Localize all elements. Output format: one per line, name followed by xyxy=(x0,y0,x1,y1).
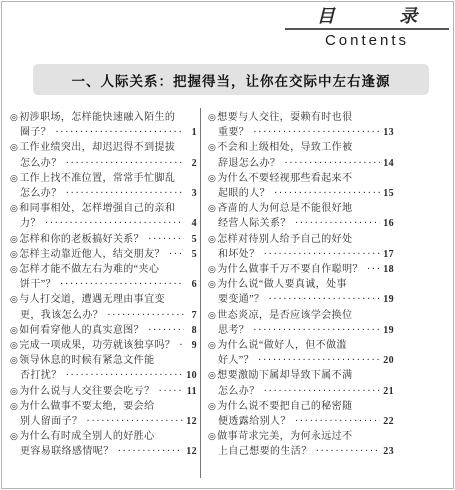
entry-text: 要变通”？ xyxy=(218,292,264,307)
entry-text: 怎么办？ xyxy=(20,186,62,201)
entry-text: 上自己想要的生活？ xyxy=(218,444,312,459)
dot-leader xyxy=(268,292,380,307)
page-number: 15 xyxy=(383,186,394,201)
page-number: 12 xyxy=(186,444,197,459)
entry-text: ◎不会和上级相处，导致工作被 xyxy=(208,142,352,153)
entry-bullet-icon: ◎ xyxy=(10,340,18,350)
entry-text: 更，我该怎么办？ xyxy=(20,308,103,323)
page-number: 8 xyxy=(187,323,197,338)
entry-bullet-icon: ◎ xyxy=(10,325,18,335)
toc-entry: ◎吝啬的人为何总是不能很好地经营人际关系？16 xyxy=(208,201,394,231)
toc-column-left: ◎初涉职场，怎样能快速融入陌生的圈子？1◎工作业绩突出，却迟迟得不到提拔怎么办？… xyxy=(10,110,197,460)
entry-bullet-icon: ◎ xyxy=(10,264,18,274)
entry-text: 否打扰？ xyxy=(20,368,62,383)
entry-bullet-icon: ◎ xyxy=(10,386,18,396)
dot-leader xyxy=(169,247,184,262)
toc-entry: ◎为什么做事千万不要自作聪明？18 xyxy=(208,262,394,277)
dot-leader xyxy=(253,125,380,140)
toc-entry: ◎如何看穿他人的真实意图？8 xyxy=(10,323,197,338)
toc-entry: ◎为什么说“做好人，但不做滥好人”？20 xyxy=(208,338,394,368)
entry-text: ◎为什么说“做好人，但不做滥 xyxy=(208,340,347,351)
toc-entry: ◎为什么说“做人要真诚，处事要变通”？19 xyxy=(208,277,394,307)
page-number: 4 xyxy=(187,216,197,231)
dot-leader xyxy=(264,384,381,399)
entry-bullet-icon: ◎ xyxy=(208,431,216,441)
page-number: 19 xyxy=(383,292,394,307)
toc-entry: ◎想要与人交往，耍赖有时也很重要？13 xyxy=(208,110,394,140)
dot-leader xyxy=(45,216,184,231)
entry-bullet-icon: ◎ xyxy=(208,279,216,289)
page-number: 21 xyxy=(383,384,394,399)
dot-leader xyxy=(158,384,183,399)
page-number: 13 xyxy=(383,125,394,140)
entry-bullet-icon: ◎ xyxy=(10,249,18,259)
toc-title-chinese: 目 录 xyxy=(285,6,449,30)
section-banner: 一、人际关系：把握得当，让你在交际中左右逢源 xyxy=(33,64,429,95)
toc-entry: ◎工作上找不准位置，常常手忙脚乱怎么办？3 xyxy=(10,171,197,201)
toc-entry: ◎领导休息的时候有紧急文件能否打扰？10 xyxy=(10,353,197,383)
entry-text: 便透露给别人？ xyxy=(218,414,291,429)
page-number: 3 xyxy=(187,186,197,201)
page-number: 12 xyxy=(186,414,197,429)
dot-leader xyxy=(253,323,380,338)
entry-text: ◎怎样对待别人给予自己的好处 xyxy=(208,234,352,245)
toc-entry: ◎为什么说与人交往要会吃亏？11 xyxy=(10,384,197,399)
page-number: 2 xyxy=(187,156,197,171)
entry-bullet-icon: ◎ xyxy=(10,173,18,183)
entry-text: ◎怎样主动靠近他人，结交朋友？ xyxy=(10,247,165,262)
entry-bullet-icon: ◎ xyxy=(208,112,216,122)
entry-text: ◎为什么有时成全别人的好胜心 xyxy=(10,431,154,442)
dot-leader xyxy=(118,444,184,459)
entry-text: ◎怎样和你的老板搞好关系？ xyxy=(10,232,144,247)
toc-entry: ◎怎样对待别人给予自己的好处和坏处？17 xyxy=(208,232,394,262)
page-number: 16 xyxy=(383,216,394,231)
entry-bullet-icon: ◎ xyxy=(208,340,216,350)
entry-text: ◎完成一项成果，功劳就该独享吗？ xyxy=(10,338,175,353)
entry-bullet-icon: ◎ xyxy=(10,294,18,304)
entry-text: 辞退怎么办？ xyxy=(218,156,280,171)
toc-entry: ◎怎样和你的老板搞好关系？5 xyxy=(10,232,197,247)
entry-bullet-icon: ◎ xyxy=(208,173,216,183)
entry-text: 圈子？ xyxy=(20,125,51,140)
entry-text: ◎为什么说与人交往要会吃亏？ xyxy=(10,384,154,399)
page-number: 19 xyxy=(383,323,394,338)
dot-leader xyxy=(274,186,380,201)
toc-header: 目 录 Contents xyxy=(285,6,449,49)
entry-text: ◎初涉职场，怎样能快速融入陌生的 xyxy=(10,112,175,123)
entry-bullet-icon: ◎ xyxy=(208,234,216,244)
entry-text: 怎么办？ xyxy=(218,384,260,399)
toc-entry: ◎工作业绩突出，却迟迟得不到提拔怎么办？2 xyxy=(10,140,197,170)
page-number: 10 xyxy=(186,368,197,383)
entry-bullet-icon: ◎ xyxy=(208,264,216,274)
entry-text: ◎世态炎凉，是否应该学会换位 xyxy=(208,310,352,321)
entry-text: 经营人际关系？ xyxy=(218,216,291,231)
entry-bullet-icon: ◎ xyxy=(10,401,18,411)
entry-text: ◎为什么说不要把自己的秘密随 xyxy=(208,401,352,412)
entry-bullet-icon: ◎ xyxy=(10,142,18,152)
dot-leader xyxy=(179,338,184,353)
toc-entry: ◎为什么不要轻视那些看起来不起眼的人？15 xyxy=(208,171,394,201)
page-number: 23 xyxy=(383,444,394,459)
toc-entry: ◎与人打交道，遭遇无理由事宜变更，我该怎么办？7 xyxy=(10,292,197,322)
entry-bullet-icon: ◎ xyxy=(208,203,216,213)
dot-leader xyxy=(295,414,380,429)
entry-text: ◎和同事相处，怎样增强自己的亲和 xyxy=(10,203,175,214)
entry-text: ◎与人打交道，遭遇无理由事宜变 xyxy=(10,294,165,305)
toc-entry: ◎怎样才能不做左右为难的“夹心饼干”？6 xyxy=(10,262,197,292)
dot-leader xyxy=(148,232,184,247)
entry-bullet-icon: ◎ xyxy=(208,370,216,380)
entry-bullet-icon: ◎ xyxy=(10,234,18,244)
dot-leader xyxy=(264,247,381,262)
toc-entry: ◎和同事相处，怎样增强自己的亲和力？4 xyxy=(10,201,197,231)
page-number: 6 xyxy=(187,277,197,292)
toc-entry: ◎为什么说不要把自己的秘密随便透露给别人？22 xyxy=(208,399,394,429)
page-number: 20 xyxy=(383,353,394,368)
page-number: 5 xyxy=(187,247,197,262)
page-number: 5 xyxy=(187,232,197,247)
dot-leader xyxy=(86,414,183,429)
page-number: 14 xyxy=(383,156,394,171)
entry-text: 更容易联络感情呢？ xyxy=(20,444,114,459)
dot-leader xyxy=(66,186,184,201)
page-number: 9 xyxy=(187,338,197,353)
entry-text: 好人”？ xyxy=(218,353,254,368)
section-title: 一、人际关系：把握得当，让你在交际中左右逢源 xyxy=(72,70,391,90)
entry-text: ◎如何看穿他人的真实意图？ xyxy=(10,323,144,338)
dot-leader xyxy=(367,262,380,277)
dot-leader xyxy=(316,444,381,459)
page-number: 22 xyxy=(383,414,394,429)
entry-text: ◎为什么做事千万不要自作聪明？ xyxy=(208,262,363,277)
dot-leader xyxy=(258,353,380,368)
dot-leader xyxy=(60,277,184,292)
toc-entry: ◎想要激励下属却导致下属不满怎么办？21 xyxy=(208,368,394,398)
toc-entry: ◎为什么做事不要太绝，要会给别人留面子？12 xyxy=(10,399,197,429)
entry-text: 饼干”？ xyxy=(20,277,56,292)
entry-text: ◎为什么说“做人要真诚，处事 xyxy=(208,279,347,290)
toc-entry: ◎做事苛求完美，为何永远过不上自己想要的生活？23 xyxy=(208,429,394,459)
toc-entry: ◎世态炎凉，是否应该学会换位思考？19 xyxy=(208,308,394,338)
entry-bullet-icon: ◎ xyxy=(10,431,18,441)
entry-text: ◎工作上找不准位置，常常手忙脚乱 xyxy=(10,173,175,184)
page-number: 17 xyxy=(383,247,394,262)
toc-entry: ◎不会和上级相处，导致工作被辞退怎么办？14 xyxy=(208,140,394,170)
toc-column-right: ◎想要与人交往，耍赖有时也很重要？13◎不会和上级相处，导致工作被辞退怎么办？1… xyxy=(208,110,394,460)
entry-text: 和坏处？ xyxy=(218,247,260,262)
entry-text: 思考？ xyxy=(218,323,249,338)
page-number: 18 xyxy=(383,262,394,277)
dot-leader xyxy=(55,125,184,140)
entry-bullet-icon: ◎ xyxy=(10,355,18,365)
toc-entry: ◎完成一项成果，功劳就该独享吗？9 xyxy=(10,338,197,353)
dot-leader xyxy=(295,216,380,231)
entry-text: 力？ xyxy=(20,216,41,231)
entry-text: ◎想要与人交往，耍赖有时也很 xyxy=(208,112,352,123)
toc-entry: ◎初涉职场，怎样能快速融入陌生的圈子？1 xyxy=(10,110,197,140)
entry-bullet-icon: ◎ xyxy=(208,310,216,320)
entry-text: ◎想要激励下属却导致下属不满 xyxy=(208,370,352,381)
dot-leader xyxy=(66,368,184,383)
entry-bullet-icon: ◎ xyxy=(208,142,216,152)
page-number: 11 xyxy=(187,384,197,399)
dot-leader xyxy=(284,156,380,171)
entry-text: ◎怎样才能不做左右为难的“夹心 xyxy=(10,264,159,275)
toc-entry: ◎为什么有时成全别人的好胜心更容易联络感情呢？12 xyxy=(10,429,197,459)
entry-text: 起眼的人？ xyxy=(218,186,270,201)
entry-text: 别人留面子？ xyxy=(20,414,82,429)
entry-text: ◎工作业绩突出，却迟迟得不到提拔 xyxy=(10,142,175,153)
entry-text: 怎么办？ xyxy=(20,156,62,171)
column-divider xyxy=(200,108,201,478)
toc-title-english: Contents xyxy=(285,32,449,49)
entry-text: ◎领导休息的时候有紧急文件能 xyxy=(10,355,154,366)
entry-bullet-icon: ◎ xyxy=(10,112,18,122)
entry-bullet-icon: ◎ xyxy=(10,203,18,213)
entry-text: ◎吝啬的人为何总是不能很好地 xyxy=(208,203,352,214)
dot-leader xyxy=(107,308,184,323)
dot-leader xyxy=(66,156,184,171)
toc-entry: ◎怎样主动靠近他人，结交朋友？5 xyxy=(10,247,197,262)
entry-text: ◎做事苛求完美，为何永远过不 xyxy=(208,431,352,442)
dot-leader xyxy=(148,323,184,338)
entry-text: ◎为什么不要轻视那些看起来不 xyxy=(208,173,352,184)
entry-text: 重要？ xyxy=(218,125,249,140)
entry-bullet-icon: ◎ xyxy=(208,401,216,411)
page-number: 7 xyxy=(187,308,197,323)
page-number: 1 xyxy=(187,125,197,140)
entry-text: ◎为什么做事不要太绝，要会给 xyxy=(10,401,154,412)
